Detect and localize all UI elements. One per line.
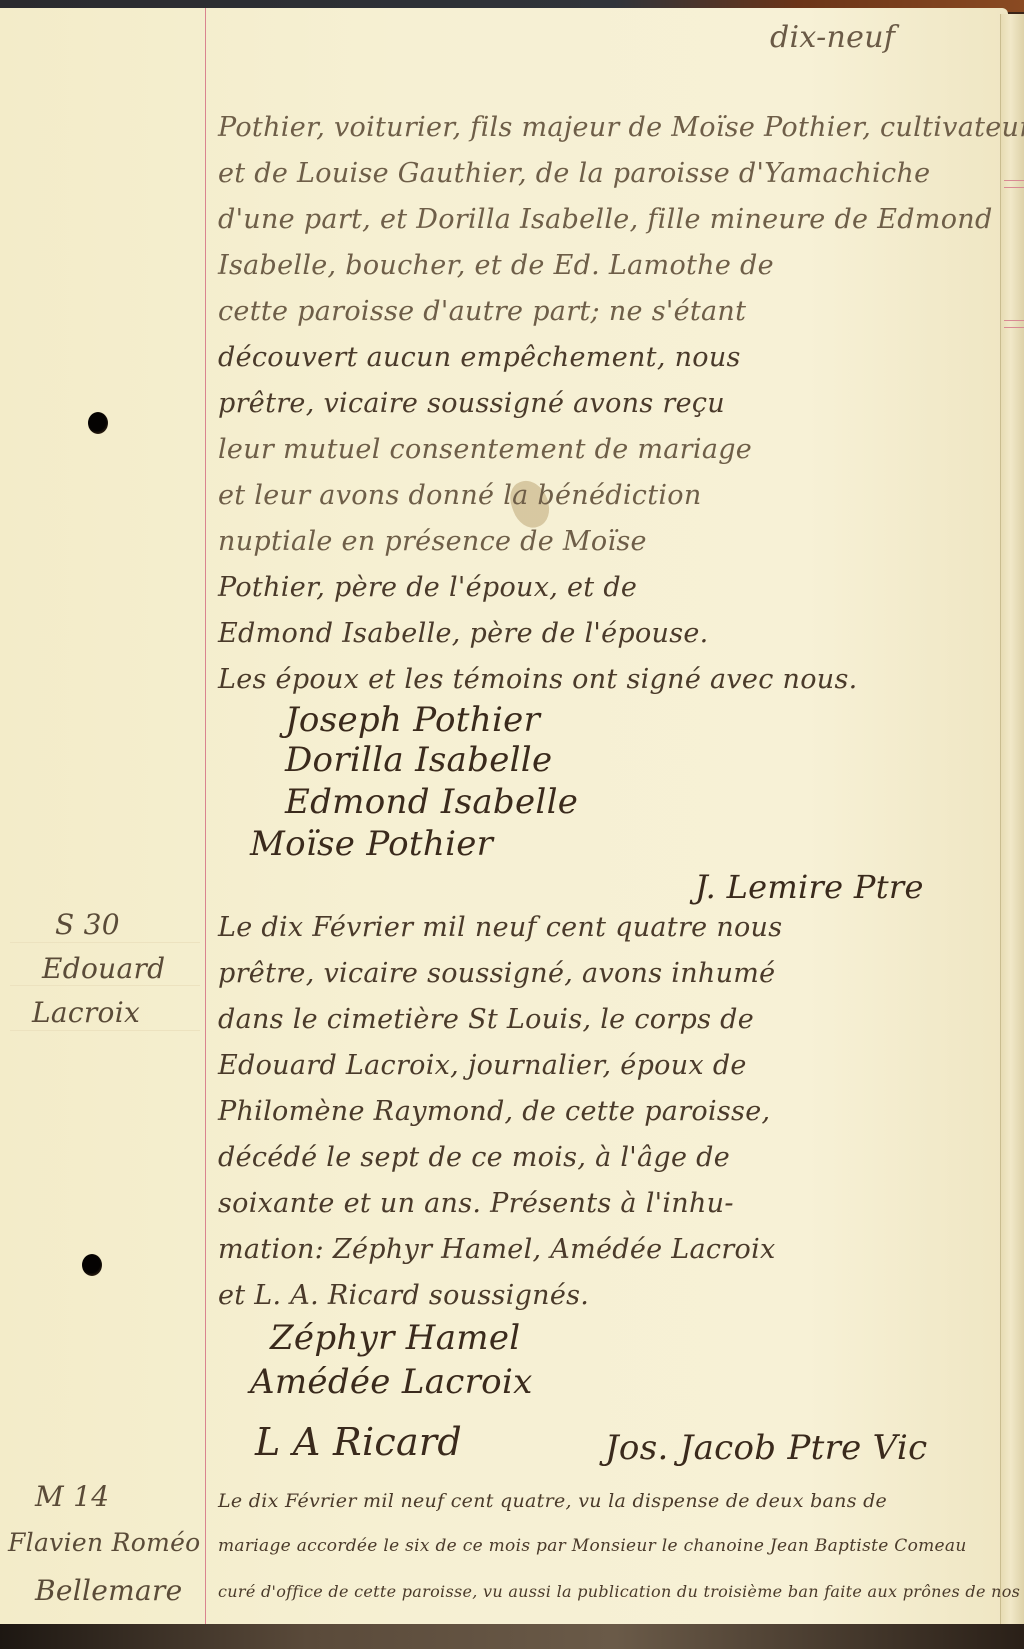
edge-rule bbox=[1004, 180, 1024, 188]
entry-line: Edmond Isabelle, père de l'épouse. bbox=[218, 618, 709, 649]
binder-hole-top bbox=[88, 412, 108, 434]
entry-line: mariage accordée le six de ce mois par M… bbox=[218, 1536, 967, 1556]
entry-line: soixante et un ans. Présents à l'inhu- bbox=[218, 1188, 734, 1219]
entry-line: Pothier, père de l'époux, et de bbox=[218, 572, 637, 603]
entry-line: dans le cimetière St Louis, le corps de bbox=[218, 1004, 754, 1035]
page-header: dix-neuf bbox=[770, 20, 895, 55]
entry-line: prêtre, vicaire soussigné, avons inhumé bbox=[218, 958, 775, 989]
entry-line: cette paroisse d'autre part; ne s'étant bbox=[218, 296, 746, 327]
page-stack-edge bbox=[1000, 14, 1024, 1634]
officiant-signature: J. Lemire Ptre bbox=[695, 868, 924, 906]
entry-line: et L. A. Ricard soussignés. bbox=[218, 1280, 589, 1311]
margin-entry-code: S 30 bbox=[55, 908, 120, 941]
entry-line: Isabelle, boucher, et de Ed. Lamothe de bbox=[218, 250, 774, 281]
entry-line: d'une part, et Dorilla Isabelle, fille m… bbox=[218, 204, 993, 235]
signature: Amédée Lacroix bbox=[250, 1362, 533, 1402]
entry-line: et de Louise Gauthier, de la paroisse d'… bbox=[218, 158, 930, 189]
margin-entry-firstname: Edouard bbox=[42, 952, 165, 985]
entry-line: Philomène Raymond, de cette paroisse, bbox=[218, 1096, 770, 1127]
entry-line: prêtre, vicaire soussigné avons reçu bbox=[218, 388, 725, 419]
signature: L A Ricard bbox=[255, 1420, 462, 1464]
entry-line: Le dix Février mil neuf cent quatre nous bbox=[218, 912, 782, 943]
entry-line: curé d'office de cette paroisse, vu auss… bbox=[218, 1582, 1020, 1601]
margin-rule-line bbox=[205, 8, 206, 1624]
signature: Dorilla Isabelle bbox=[285, 740, 552, 780]
signature: Joseph Pothier bbox=[285, 700, 540, 740]
entry-line: Les époux et les témoins ont signé avec … bbox=[218, 664, 857, 695]
entry-line: Edouard Lacroix, journalier, époux de bbox=[218, 1050, 747, 1081]
entry-line: nuptiale en présence de Moïse bbox=[218, 526, 647, 557]
margin-entry-lastname: Bellemare bbox=[35, 1574, 183, 1607]
signature: Moïse Pothier bbox=[250, 824, 493, 864]
entry-line: mation: Zéphyr Hamel, Amédée Lacroix bbox=[218, 1234, 776, 1265]
entry-line: Le dix Février mil neuf cent quatre, vu … bbox=[218, 1490, 887, 1512]
signature: Zéphyr Hamel bbox=[270, 1318, 520, 1358]
entry-line: et leur avons donné la bénédiction bbox=[218, 480, 702, 511]
edge-rule bbox=[1004, 320, 1024, 328]
margin-entry-lastname: Lacroix bbox=[32, 996, 140, 1029]
entry-line: décédé le sept de ce mois, à l'âge de bbox=[218, 1142, 730, 1173]
entry-line: Pothier, voiturier, fils majeur de Moïse… bbox=[218, 112, 1024, 143]
margin-entry-firstname: Flavien Roméo bbox=[8, 1528, 201, 1557]
officiant-signature: Jos. Jacob Ptre Vic bbox=[605, 1428, 927, 1468]
entry-line: leur mutuel consentement de mariage bbox=[218, 434, 752, 465]
book-bottom-edge bbox=[0, 1624, 1024, 1649]
entry-line: découvert aucun empêchement, nous bbox=[218, 342, 741, 373]
signature: Edmond Isabelle bbox=[285, 782, 578, 822]
margin-entry-code: M 14 bbox=[35, 1480, 109, 1513]
binder-hole-bottom bbox=[82, 1254, 102, 1276]
